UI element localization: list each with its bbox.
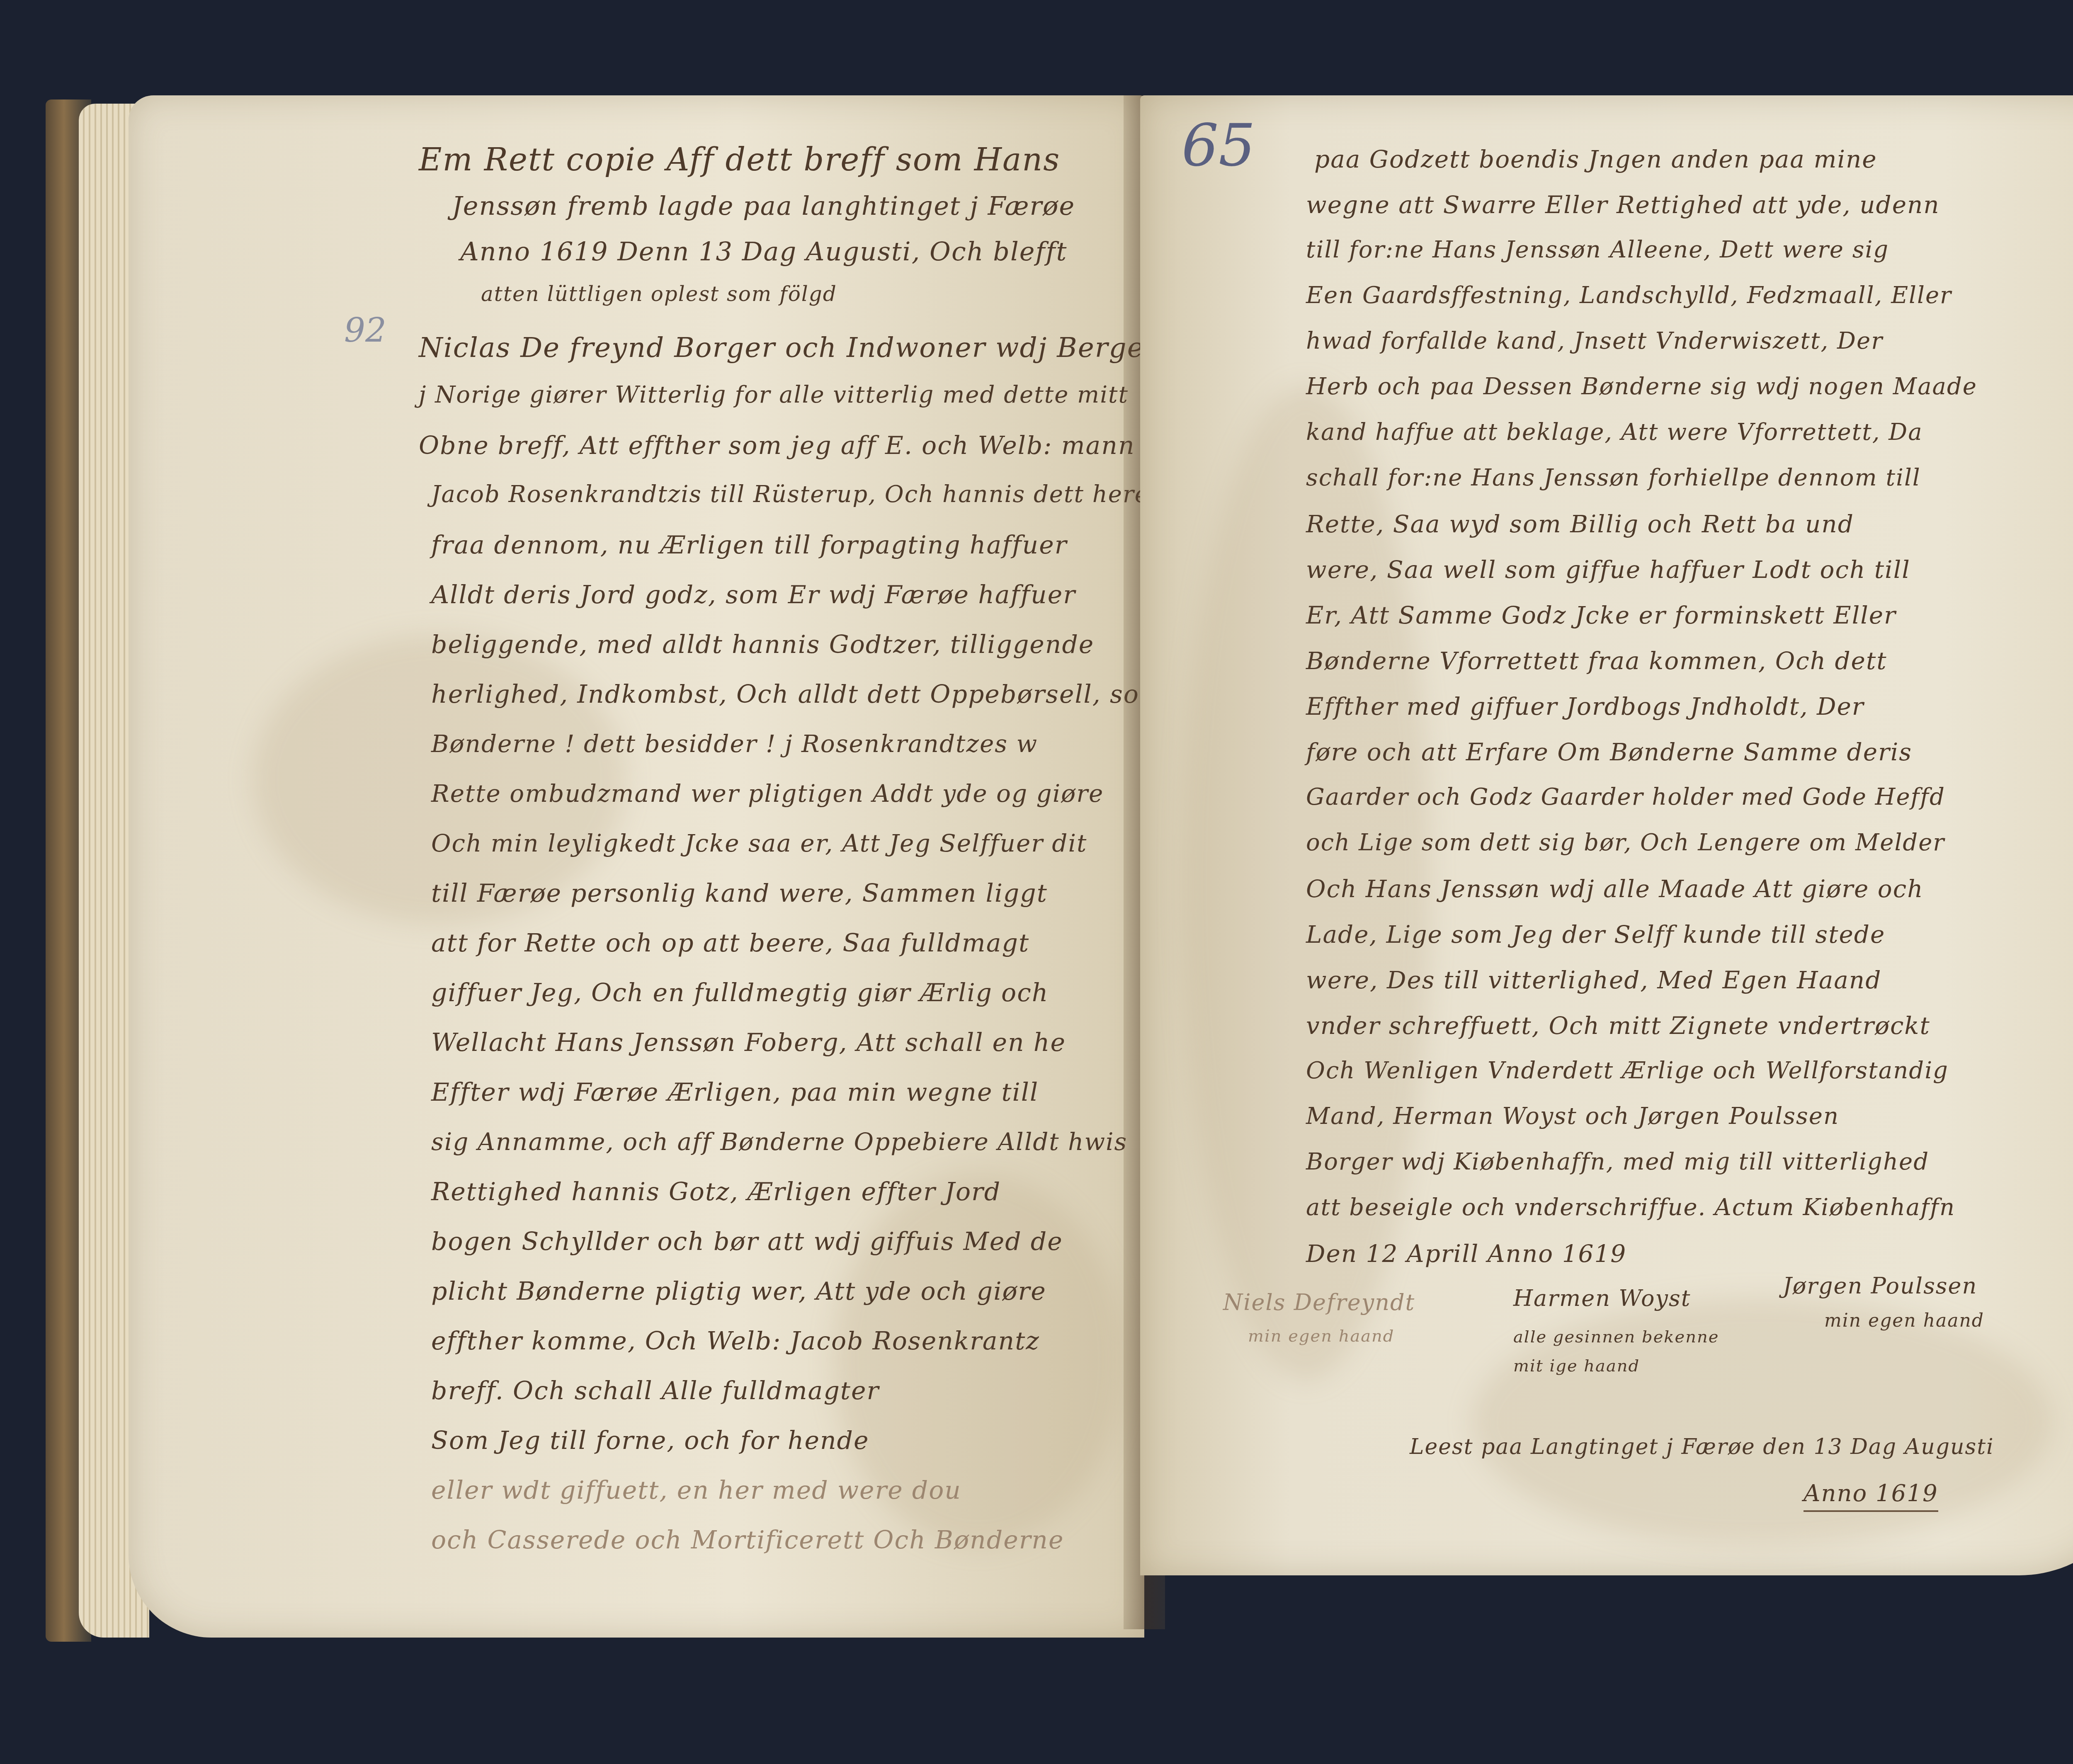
left-page: 92 Em Rett copie Aff dett breff som Hans…: [129, 95, 1144, 1638]
body-line: sig Annamme, och aff Bønderne Oppebiere …: [431, 1128, 1127, 1156]
signature-name: Jørgen Poulssen: [1783, 1273, 1977, 1299]
body-line: Niclas De freynd Borger och Indwoner wdj…: [419, 332, 1163, 364]
body-line: Effther med giffuer Jordbogs Jndholdt, D…: [1306, 692, 1864, 721]
signature-note: min egen haand: [1248, 1327, 1394, 1346]
heading-line: Anno 1619 Denn 13 Dag Augusti, Och bleff…: [460, 236, 1067, 267]
body-line: hwad forfallde kand, Jnsett Vnderwiszett…: [1306, 328, 1883, 354]
body-line: were, Des till vitterlighed, Med Egen Ha…: [1306, 966, 1881, 994]
margin-folio-note: 92: [344, 311, 386, 349]
body-line: giffuer Jeg, Och en fulldmegtig giør Ærl…: [431, 978, 1049, 1007]
body-line: Obne breff, Att effther som jeg aff E. o…: [419, 431, 1135, 460]
body-line: eller wdt giffuett, en her med were dou: [431, 1476, 961, 1505]
body-line: Rettighed hannis Gotz, Ærligen effter Jo…: [431, 1177, 1001, 1206]
body-line: Rette ombudzmand wer pligtigen Addt yde …: [431, 779, 1104, 808]
body-line: att beseigle och vnderschriffue. Actum K…: [1306, 1194, 1955, 1221]
body-line: Alldt deris Jord godz, som Er wdj Færøe …: [431, 580, 1076, 609]
body-line: were, Saa well som giffue haffuer Lodt o…: [1306, 556, 1910, 584]
body-line: beliggende, med alldt hannis Godtzer, ti…: [431, 630, 1094, 659]
body-line: j Norige giører Witterlig for alle vitte…: [419, 381, 1129, 408]
body-line: Bønderne ! dett besidder ! j Rosenkrandt…: [431, 730, 1038, 758]
body-line: bogen Schyllder och bør att wdj giffuis …: [431, 1227, 1063, 1256]
body-line: Gaarder och Godz Gaarder holder med Gode…: [1306, 784, 1945, 810]
body-line: Bønderne Vforrettett fraa kommen, Och de…: [1306, 647, 1887, 675]
body-line: Jacob Rosenkrandtzis till Rüsterup, Och …: [431, 481, 1168, 508]
body-line: kand haffue att beklage, Att were Vforre…: [1306, 419, 1923, 446]
heading-line: Em Rett copie Aff dett breff som Hans: [419, 141, 1060, 178]
right-page: 65 paa Godzett boendis Jngen anden paa m…: [1140, 95, 2073, 1575]
signature-note: min egen haand: [1824, 1310, 1984, 1331]
open-book: 92 Em Rett copie Aff dett breff som Hans…: [46, 70, 2073, 1679]
signature-name: Harmen Woyst: [1513, 1285, 1691, 1311]
body-line: Borger wdj Kiøbenhaffn, med mig till vit…: [1306, 1148, 1929, 1175]
signature-name: Niels Defreyndt: [1223, 1289, 1415, 1315]
body-line: wegne att Swarre Eller Rettighed att yde…: [1306, 191, 1940, 219]
body-line: schall for:ne Hans Jenssøn forhiellpe de…: [1306, 464, 1921, 491]
body-line: och Lige som dett sig bør, Och Lengere o…: [1306, 829, 1945, 856]
body-line: vnder schreffuett, Och mitt Zignete vnde…: [1306, 1012, 1930, 1040]
body-line: Herb och paa Dessen Bønderne sig wdj nog…: [1306, 373, 1977, 400]
body-line: Och Hans Jenssøn wdj alle Maade Att giør…: [1306, 875, 1924, 903]
body-line: føre och att Erfare Om Bønderne Samme de…: [1306, 738, 1912, 766]
body-line: Lade, Lige som Jeg der Selff kunde till …: [1306, 920, 1885, 949]
body-line: paa Godzett boendis Jngen anden paa mine: [1314, 145, 1877, 173]
signature-note: alle gesinnen bekenne mit ige haand: [1513, 1322, 1729, 1381]
body-line: effther komme, Och Welb: Jacob Rosenkran…: [431, 1327, 1040, 1356]
body-line: breff. Och schall Alle fulldmagter: [431, 1376, 879, 1405]
body-line: Och Wenligen Vnderdett Ærlige och Wellfo…: [1306, 1057, 1949, 1084]
dated-line: Den 12 Aprill Anno 1619: [1306, 1240, 1626, 1268]
body-line: till for:ne Hans Jenssøn Alleene, Dett w…: [1306, 236, 1889, 263]
closing-line: Anno 1619: [1804, 1480, 1938, 1512]
body-line: Rette, Saa wyd som Billig och Rett ba un…: [1306, 510, 1854, 538]
body-line: Een Gaardsffestning, Landschylld, Fedzma…: [1306, 282, 1952, 309]
body-line: plicht Bønderne pligtig wer, Att yde och…: [431, 1277, 1046, 1306]
heading-line: atten lüttligen oplest som fölgd: [481, 282, 837, 306]
body-line: och Casserede och Mortificerett Och Bønd…: [431, 1526, 1064, 1555]
body-line: Effter wdj Færøe Ærligen, paa min wegne …: [431, 1078, 1039, 1107]
body-line: Och min leyligkedt Jcke saa er, Att Jeg …: [431, 829, 1087, 857]
heading-line: Jenssøn fremb lagde paa langhtinget j Fæ…: [452, 191, 1075, 221]
body-line: Som Jeg till forne, och for hende: [431, 1426, 869, 1455]
body-line: Mand, Herman Woyst och Jørgen Poulssen: [1306, 1103, 1839, 1130]
closing-line: Leest paa Langtinget j Færøe den 13 Dag …: [1410, 1434, 1994, 1459]
body-line: till Færøe personlig kand were, Sammen l…: [431, 879, 1048, 908]
body-line: att for Rette och op att beere, Saa full…: [431, 929, 1029, 958]
page-number: 65: [1182, 112, 1255, 180]
body-line: Wellacht Hans Jenssøn Foberg, Att schall…: [431, 1028, 1066, 1057]
body-line: Er, Att Samme Godz Jcke er forminskett E…: [1306, 601, 1896, 629]
body-line: fraa dennom, nu Ærligen till forpagting …: [431, 531, 1067, 560]
body-line: herlighed, Indkombst, Och alldt dett Opp…: [431, 680, 1164, 709]
